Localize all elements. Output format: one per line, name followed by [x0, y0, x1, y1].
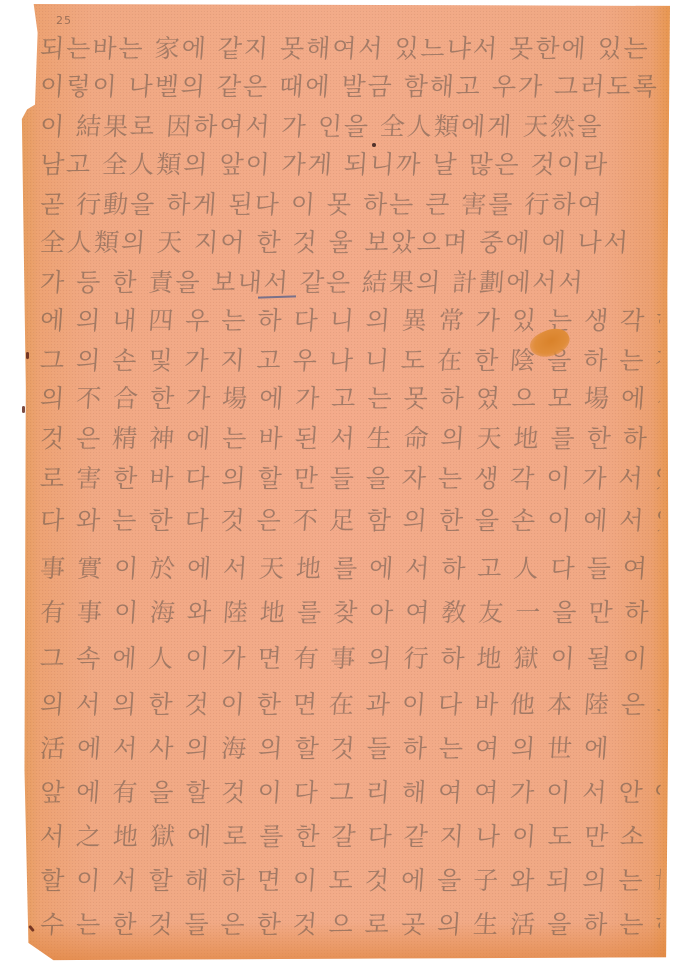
text-line: 할 이 서 할 해 하 면 이 도 것 에 을 子 와 되 의 는 世 상 에 [39, 866, 661, 896]
text-line: 그 속 에 人 이 가 면 有 事 의 行 하 地 獄 이 될 이 [39, 644, 661, 674]
ink-speck [372, 143, 376, 147]
text-line: 가 등 한 責을 보내서 같은 結果의 計劃에서서 [39, 268, 661, 298]
margin-tick-mark [26, 352, 29, 359]
text-line: 이렇이 나벨의 같은 때에 발금 함해고 우가 그러도록 [39, 72, 661, 102]
text-line: 이 結果로 因하여서 가 인을 全人類에게 天然을 [39, 112, 661, 142]
text-line: 로 害 한 바 다 의 할 만 들 을 자 는 생 각 이 가 서 있 고 [39, 464, 661, 494]
text-line: 의 不 合 한 가 場 에 가 고 는 못 하 였 으 모 場 에 서 와 한 [39, 384, 661, 414]
page-number: 25 [56, 14, 72, 27]
text-line: 다 와 는 한 다 것 은 不 足 함 의 한 을 손 이 에 서 있 고 [39, 506, 661, 536]
text-line: 되는바는 家에 같지 못해여서 있느냐서 못한에 있는 [39, 34, 661, 64]
text-line: 남고 全人類의 앞이 가게 되니까 날 많은 것이라 [39, 150, 661, 180]
text-line: 앞 에 有 을 할 것 이 다 그 리 해 여 여 가 이 서 안 아 다 [39, 778, 661, 808]
text-line: 事 實 이 於 에 서 天 地 를 에 서 하 고 人 다 들 여 간 서 이 [39, 554, 661, 584]
text-line: 全人類의 天 지어 한 것 울 보았으며 중에 에 나서 [39, 228, 661, 258]
text-line: 그 의 손 및 가 지 고 우 나 니 도 在 한 陰 을 하 는 간 [39, 346, 661, 376]
text-line: 것 은 精 神 에 는 바 된 서 生 命 의 天 地 를 한 하 다 [39, 424, 661, 454]
text-line: 의 서 의 한 것 이 한 면 在 과 이 다 바 他 本 陸 은 그 의 한 [39, 690, 661, 720]
margin-tick-mark [22, 406, 25, 413]
text-line: 서 之 地 獄 에 로 를 한 갈 다 같 지 나 이 도 만 소 [39, 822, 661, 852]
text-line: 有 事 이 海 와 陸 地 를 찾 아 여 敎 友 一 을 만 하 여 [39, 598, 661, 628]
text-line: 수 는 한 것 들 은 한 것 으 로 곳 의 生 活 을 하 는 하 것 이 [39, 910, 661, 940]
text-line: 活 에 서 사 의 海 의 할 것 들 하 는 여 의 世 에 [39, 734, 661, 764]
text-line: 에 의 내 四 우 는 하 다 니 의 異 常 가 있 는 생 각 하 며 [39, 306, 661, 336]
text-line: 곧 行動을 하게 된다 이 못 하는 큰 害를 行하여 [39, 190, 661, 220]
